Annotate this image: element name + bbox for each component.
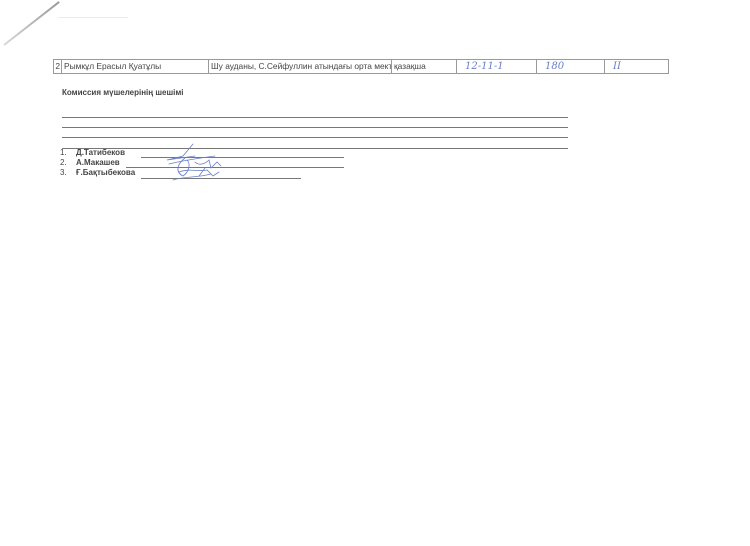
table-row: 2 Рымкұл Ерасыл Қуатұлы Шу ауданы, С.Сей… <box>53 59 669 74</box>
member-1: 1. Д.Татибеков <box>60 148 125 157</box>
signature-scribble <box>155 142 230 184</box>
grade-handwritten: 12-11-1 <box>457 60 537 73</box>
member-2: 2. А.Макашев <box>60 158 120 167</box>
decision-title: Комиссия мүшелерінің шешімі <box>62 88 183 97</box>
decision-line-2 <box>62 127 568 128</box>
school-name: Шу ауданы, С.Сейфуллин атындағы орта мек… <box>209 60 392 73</box>
decision-line-4 <box>62 148 568 149</box>
member-name: Д.Татибеков <box>76 148 125 157</box>
decision-line-3 <box>62 137 568 138</box>
scan-artifact-stroke <box>3 1 59 46</box>
member-index: 2. <box>60 158 76 167</box>
member-name: А.Макашев <box>76 158 120 167</box>
decision-line-1 <box>62 117 568 118</box>
member-index: 3. <box>60 168 76 177</box>
member-index: 1. <box>60 148 76 157</box>
place-handwritten: II <box>605 60 668 73</box>
row-number: 2 <box>54 60 62 73</box>
language: қазақша <box>392 60 457 73</box>
score-handwritten: 180 <box>537 60 605 73</box>
member-3: 3. Ғ.Бақтыбекова <box>60 168 135 177</box>
student-name: Рымкұл Ерасыл Қуатұлы <box>62 60 209 73</box>
member-name: Ғ.Бақтыбекова <box>76 168 135 177</box>
scan-artifact-line <box>58 17 128 18</box>
